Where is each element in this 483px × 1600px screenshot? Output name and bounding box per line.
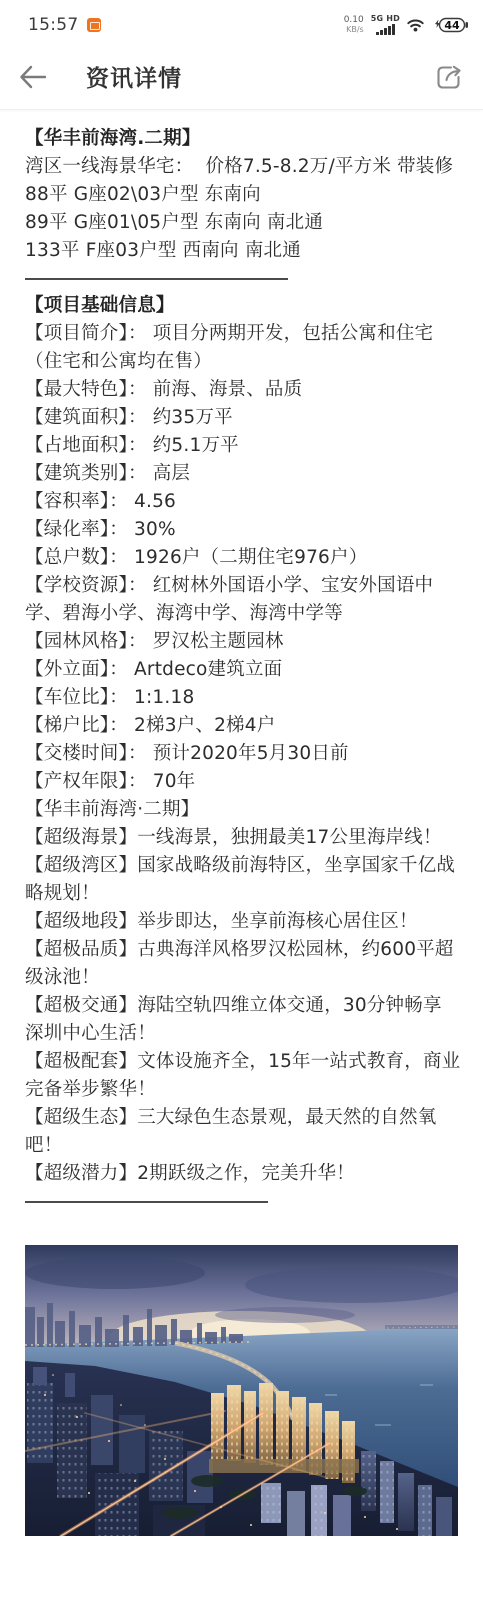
article-text-line: 【产权年限】： 70年 xyxy=(25,768,463,796)
article-text-line: 【建筑面积】： 约35万平 xyxy=(25,404,463,432)
article-text-line: 学、碧海小学、海湾中学、海湾中学等 xyxy=(25,600,463,628)
article-text-line: 【园林风格】： 罗汉松主题园林 xyxy=(25,628,463,656)
article-text-line: 【超极交通】海陆空轨四维立体交通，30分钟畅享 xyxy=(25,992,463,1020)
notification-app-icon xyxy=(87,18,101,32)
article-text-line: 【项目简介】： 项目分两期开发，包括公寓和住宅 xyxy=(25,320,463,348)
clock-time: 15:57 xyxy=(28,15,79,35)
network-speed-value: 0.10 xyxy=(344,16,364,25)
share-icon xyxy=(434,62,464,92)
battery-icon: 44 xyxy=(431,16,469,34)
article-text-line: 89平 G座01\05户型 东南向 南北通 xyxy=(25,209,463,237)
article-text-line: 【学校资源】： 红树林外国语小学、宝安外国语中 xyxy=(25,572,463,600)
article-text-line: 【超级潜力】2期跃级之作，完美升华！ xyxy=(25,1160,463,1188)
network-type-label: 5G HD xyxy=(371,15,400,23)
article-text-line: 【车位比】： 1:1.18 xyxy=(25,684,463,712)
article-text-line: 【容积率】： 4.56 xyxy=(25,488,463,516)
article-text-line: 【占地面积】： 约5.1万平 xyxy=(25,432,463,460)
signal-bars-icon xyxy=(376,24,395,35)
article-heading-line: 【华丰前海湾.二期】 xyxy=(25,125,463,153)
section-divider xyxy=(25,1201,268,1203)
back-button[interactable] xyxy=(16,60,50,94)
navigation-header: 资讯详情 xyxy=(0,44,483,110)
article-text-line: 【超级海景】一线海景，独拥最美17公里海岸线！ xyxy=(25,824,463,852)
article-text-line: 88平 G座02\03户型 东南向 xyxy=(25,181,463,209)
article-text-line: 【超级生态】三大绿色生态景观，最天然的自然氧 xyxy=(25,1104,463,1132)
article-text-line: 吧！ xyxy=(25,1132,463,1160)
article-text-line: 【超级湾区】国家战略级前海特区，坐享国家千亿战 xyxy=(25,852,463,880)
article-text-line: 133平 F座03户型 西南向 南北通 xyxy=(25,237,463,265)
article-text-line: 【超极配套】文体设施齐全，15年一站式教育，商业 xyxy=(25,1048,463,1076)
status-bar: 15:57 0.10 KB/s 5G HD 44 xyxy=(0,0,483,44)
network-speed-unit: KB/s xyxy=(346,25,364,34)
wifi-icon xyxy=(407,18,424,32)
article-text-line: 【梯户比】： 2梯3户、2梯4户 xyxy=(25,712,463,740)
article-text-line: 【华丰前海湾·二期】 xyxy=(25,796,463,824)
section-divider xyxy=(25,278,288,280)
page-title: 资讯详情 xyxy=(86,60,182,93)
article-text-line: 【建筑类别】： 高层 xyxy=(25,460,463,488)
article-text-line: 湾区一线海景华宅： 价格7.5-8.2万/平方米 带装修 xyxy=(25,153,463,181)
article-text-line: 【总户数】： 1926户（二期住宅976户） xyxy=(25,544,463,572)
article-text-line: （住宅和公寓均在售） xyxy=(25,348,463,376)
article-body: 【华丰前海湾.二期】湾区一线海景华宅： 价格7.5-8.2万/平方米 带装修88… xyxy=(0,110,483,1203)
article-text-line: 【最大特色】： 前海、海景、品质 xyxy=(25,376,463,404)
article-heading-line: 【项目基础信息】 xyxy=(25,292,463,320)
article-text-line: 【交楼时间】： 预计2020年5月30日前 xyxy=(25,740,463,768)
article-text-line: 【绿化率】： 30% xyxy=(25,516,463,544)
article-text-line: 级泳池！ xyxy=(25,964,463,992)
share-button[interactable] xyxy=(431,59,467,95)
cellular-signal-indicator: 5G HD xyxy=(371,15,400,35)
article-text-line: 【外立面】： Artdeco建筑立面 xyxy=(25,656,463,684)
article-text-line: 完备举步繁华！ xyxy=(25,1076,463,1104)
article-text-line: 【超级地段】举步即达，坐享前海核心居住区！ xyxy=(25,908,463,936)
article-text-line: 略规划！ xyxy=(25,880,463,908)
article-text-line: 深圳中心生活！ xyxy=(25,1020,463,1048)
battery-percent-text: 44 xyxy=(444,19,460,32)
network-speed-indicator: 0.10 KB/s xyxy=(344,16,364,34)
article-text-line: 【超极品质】古典海洋风格罗汉松园林，约600平超 xyxy=(25,936,463,964)
project-aerial-rendering-image xyxy=(25,1245,458,1536)
arrow-left-icon xyxy=(18,64,48,90)
